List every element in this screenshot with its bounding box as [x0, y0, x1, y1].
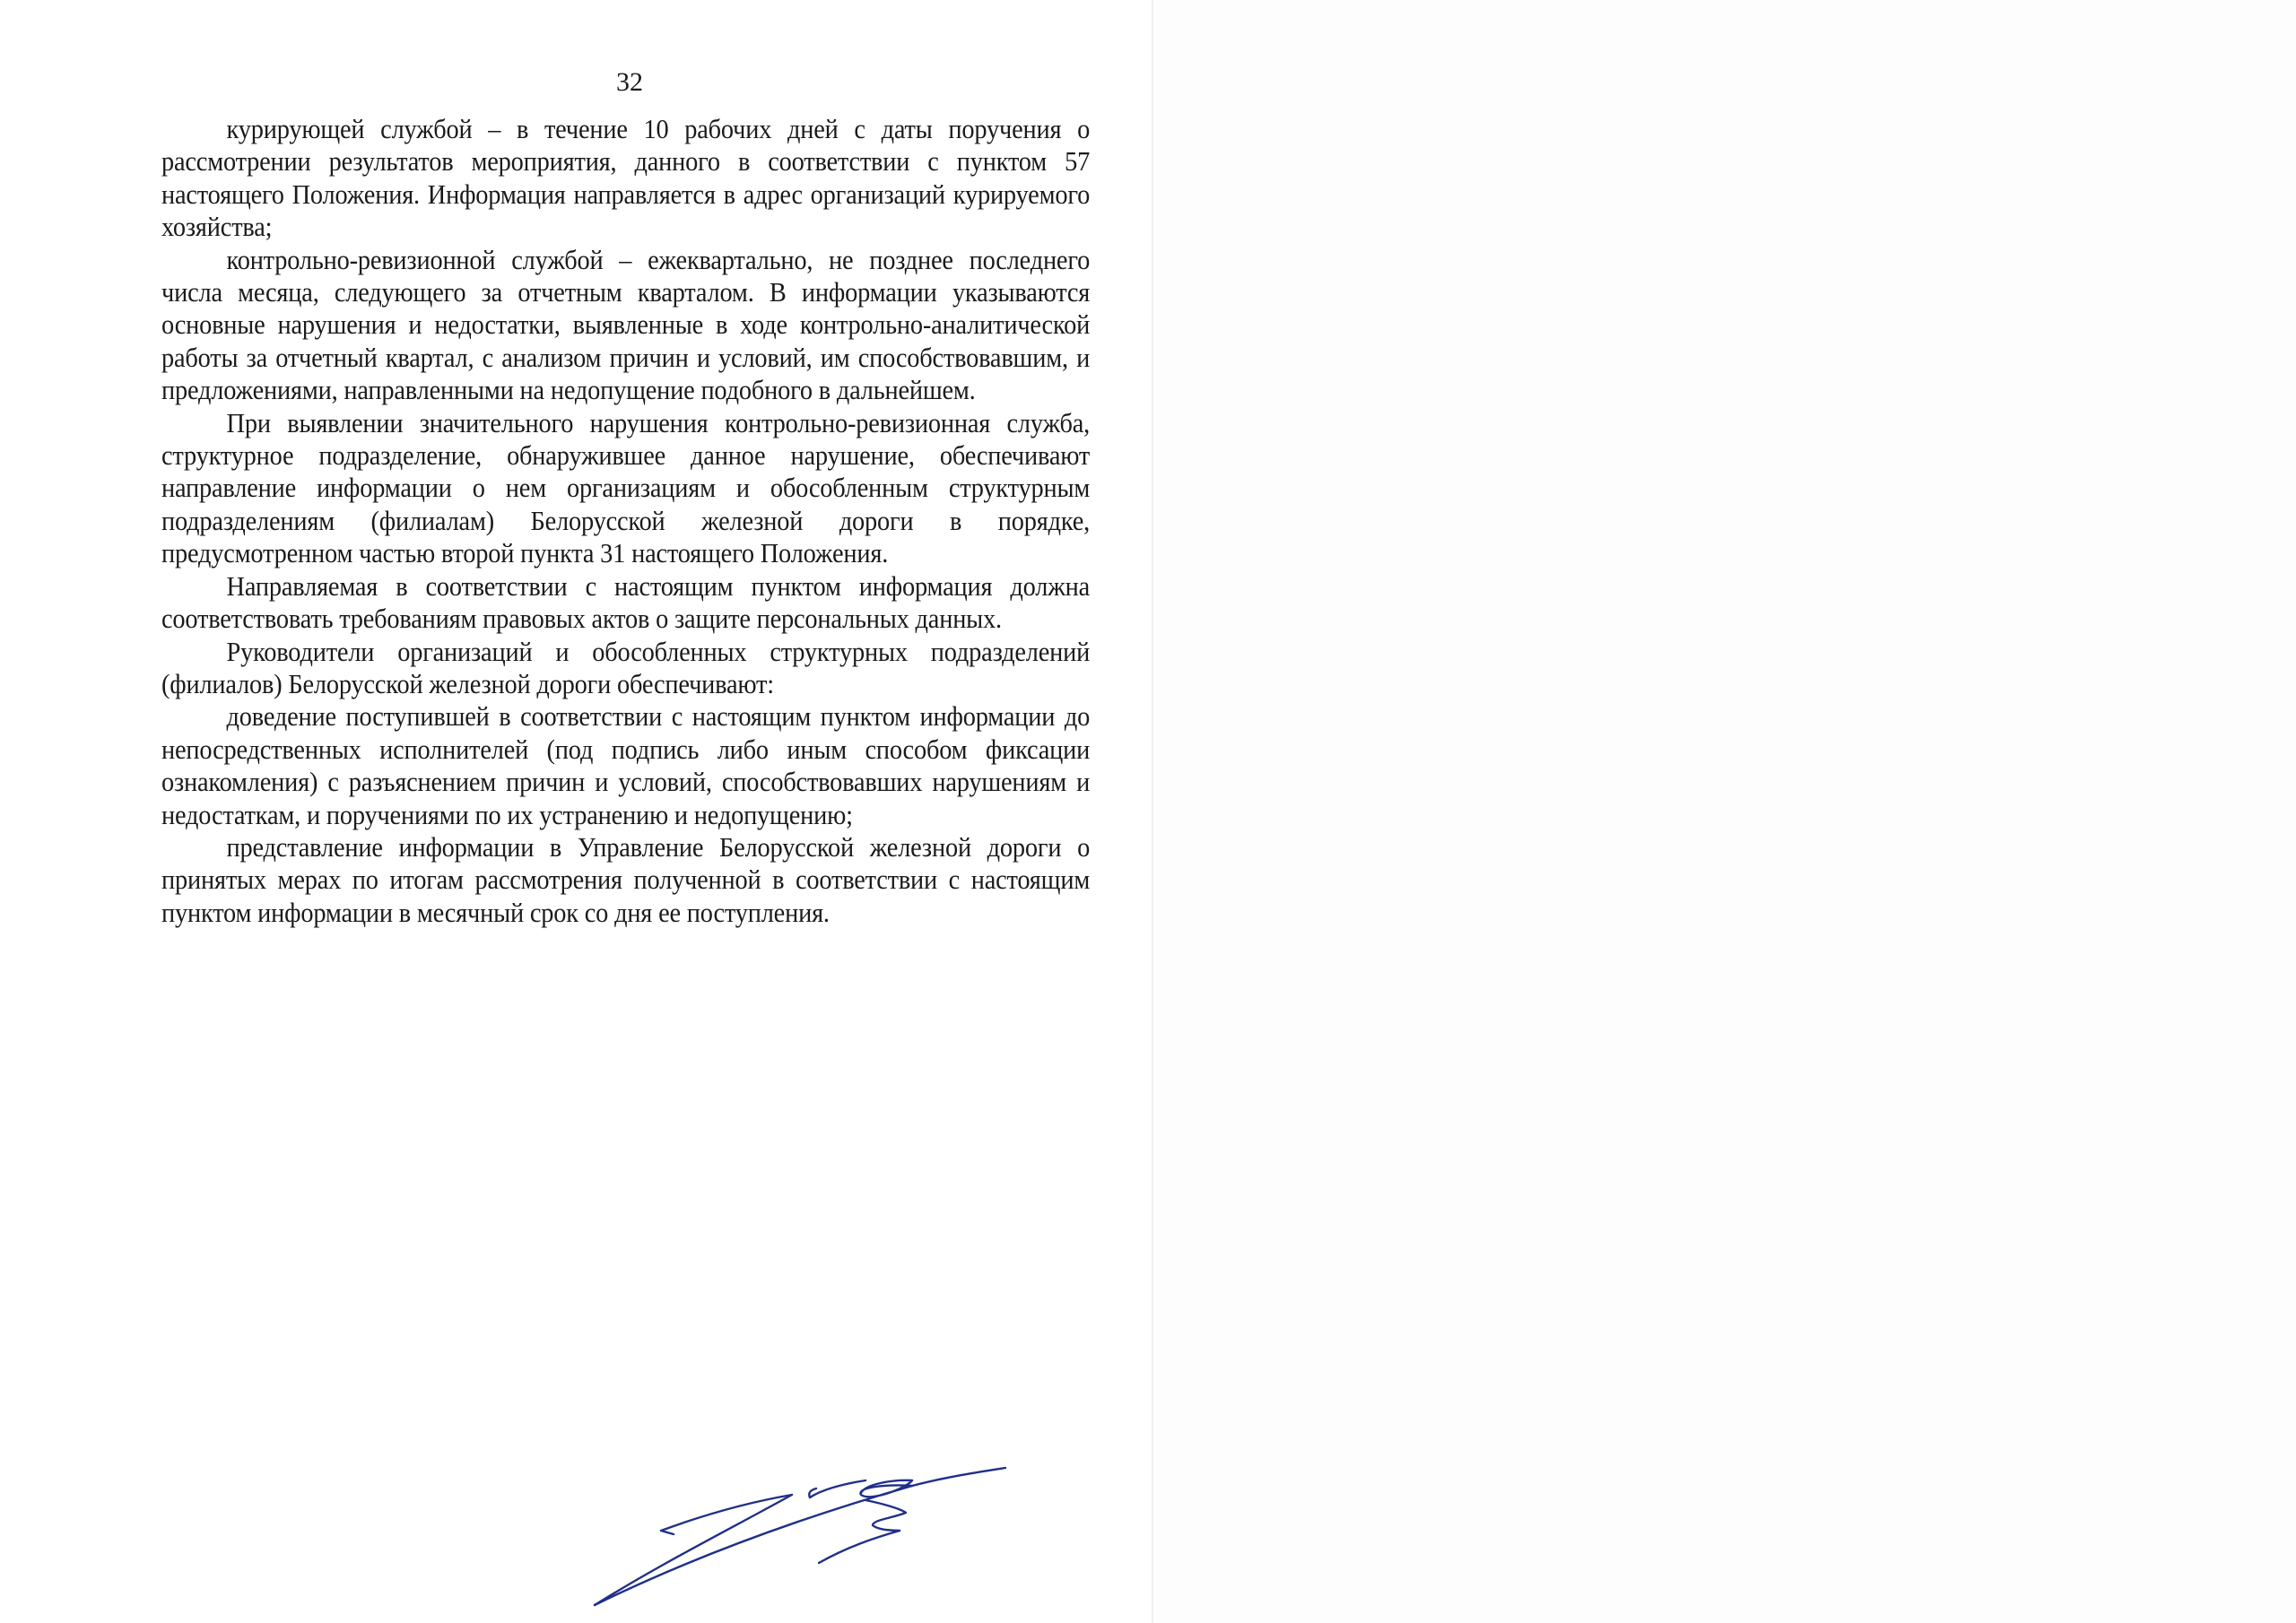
document-spread: 32 курирующей службой – в течение 10 раб…	[0, 0, 2296, 1623]
paragraph-communication: доведение поступившей в соответствии с н…	[161, 700, 1090, 831]
paragraph-curating-service: курирующей службой – в течение 10 рабочи…	[161, 113, 1090, 244]
page-right-blank	[1153, 0, 2296, 1623]
paragraph-significant-violation: При выявлении значительного нарушения ко…	[161, 407, 1090, 570]
paragraph-personal-data: Направляемая в соответствии с настоящим …	[161, 570, 1090, 636]
body-text: курирующей службой – в течение 10 рабочи…	[161, 113, 1090, 929]
signature	[587, 1448, 1018, 1610]
page-number: 32	[0, 66, 1259, 99]
paragraph-heads-ensure: Руководители организаций и обособленных …	[161, 636, 1090, 701]
signature-icon	[587, 1448, 1018, 1610]
paragraph-reporting: представление информации в Управление Бе…	[161, 831, 1090, 929]
page-left: 32 курирующей службой – в течение 10 раб…	[0, 0, 1152, 1623]
paragraph-audit-service: контрольно-ревизионной службой – ежеквар…	[161, 244, 1090, 407]
